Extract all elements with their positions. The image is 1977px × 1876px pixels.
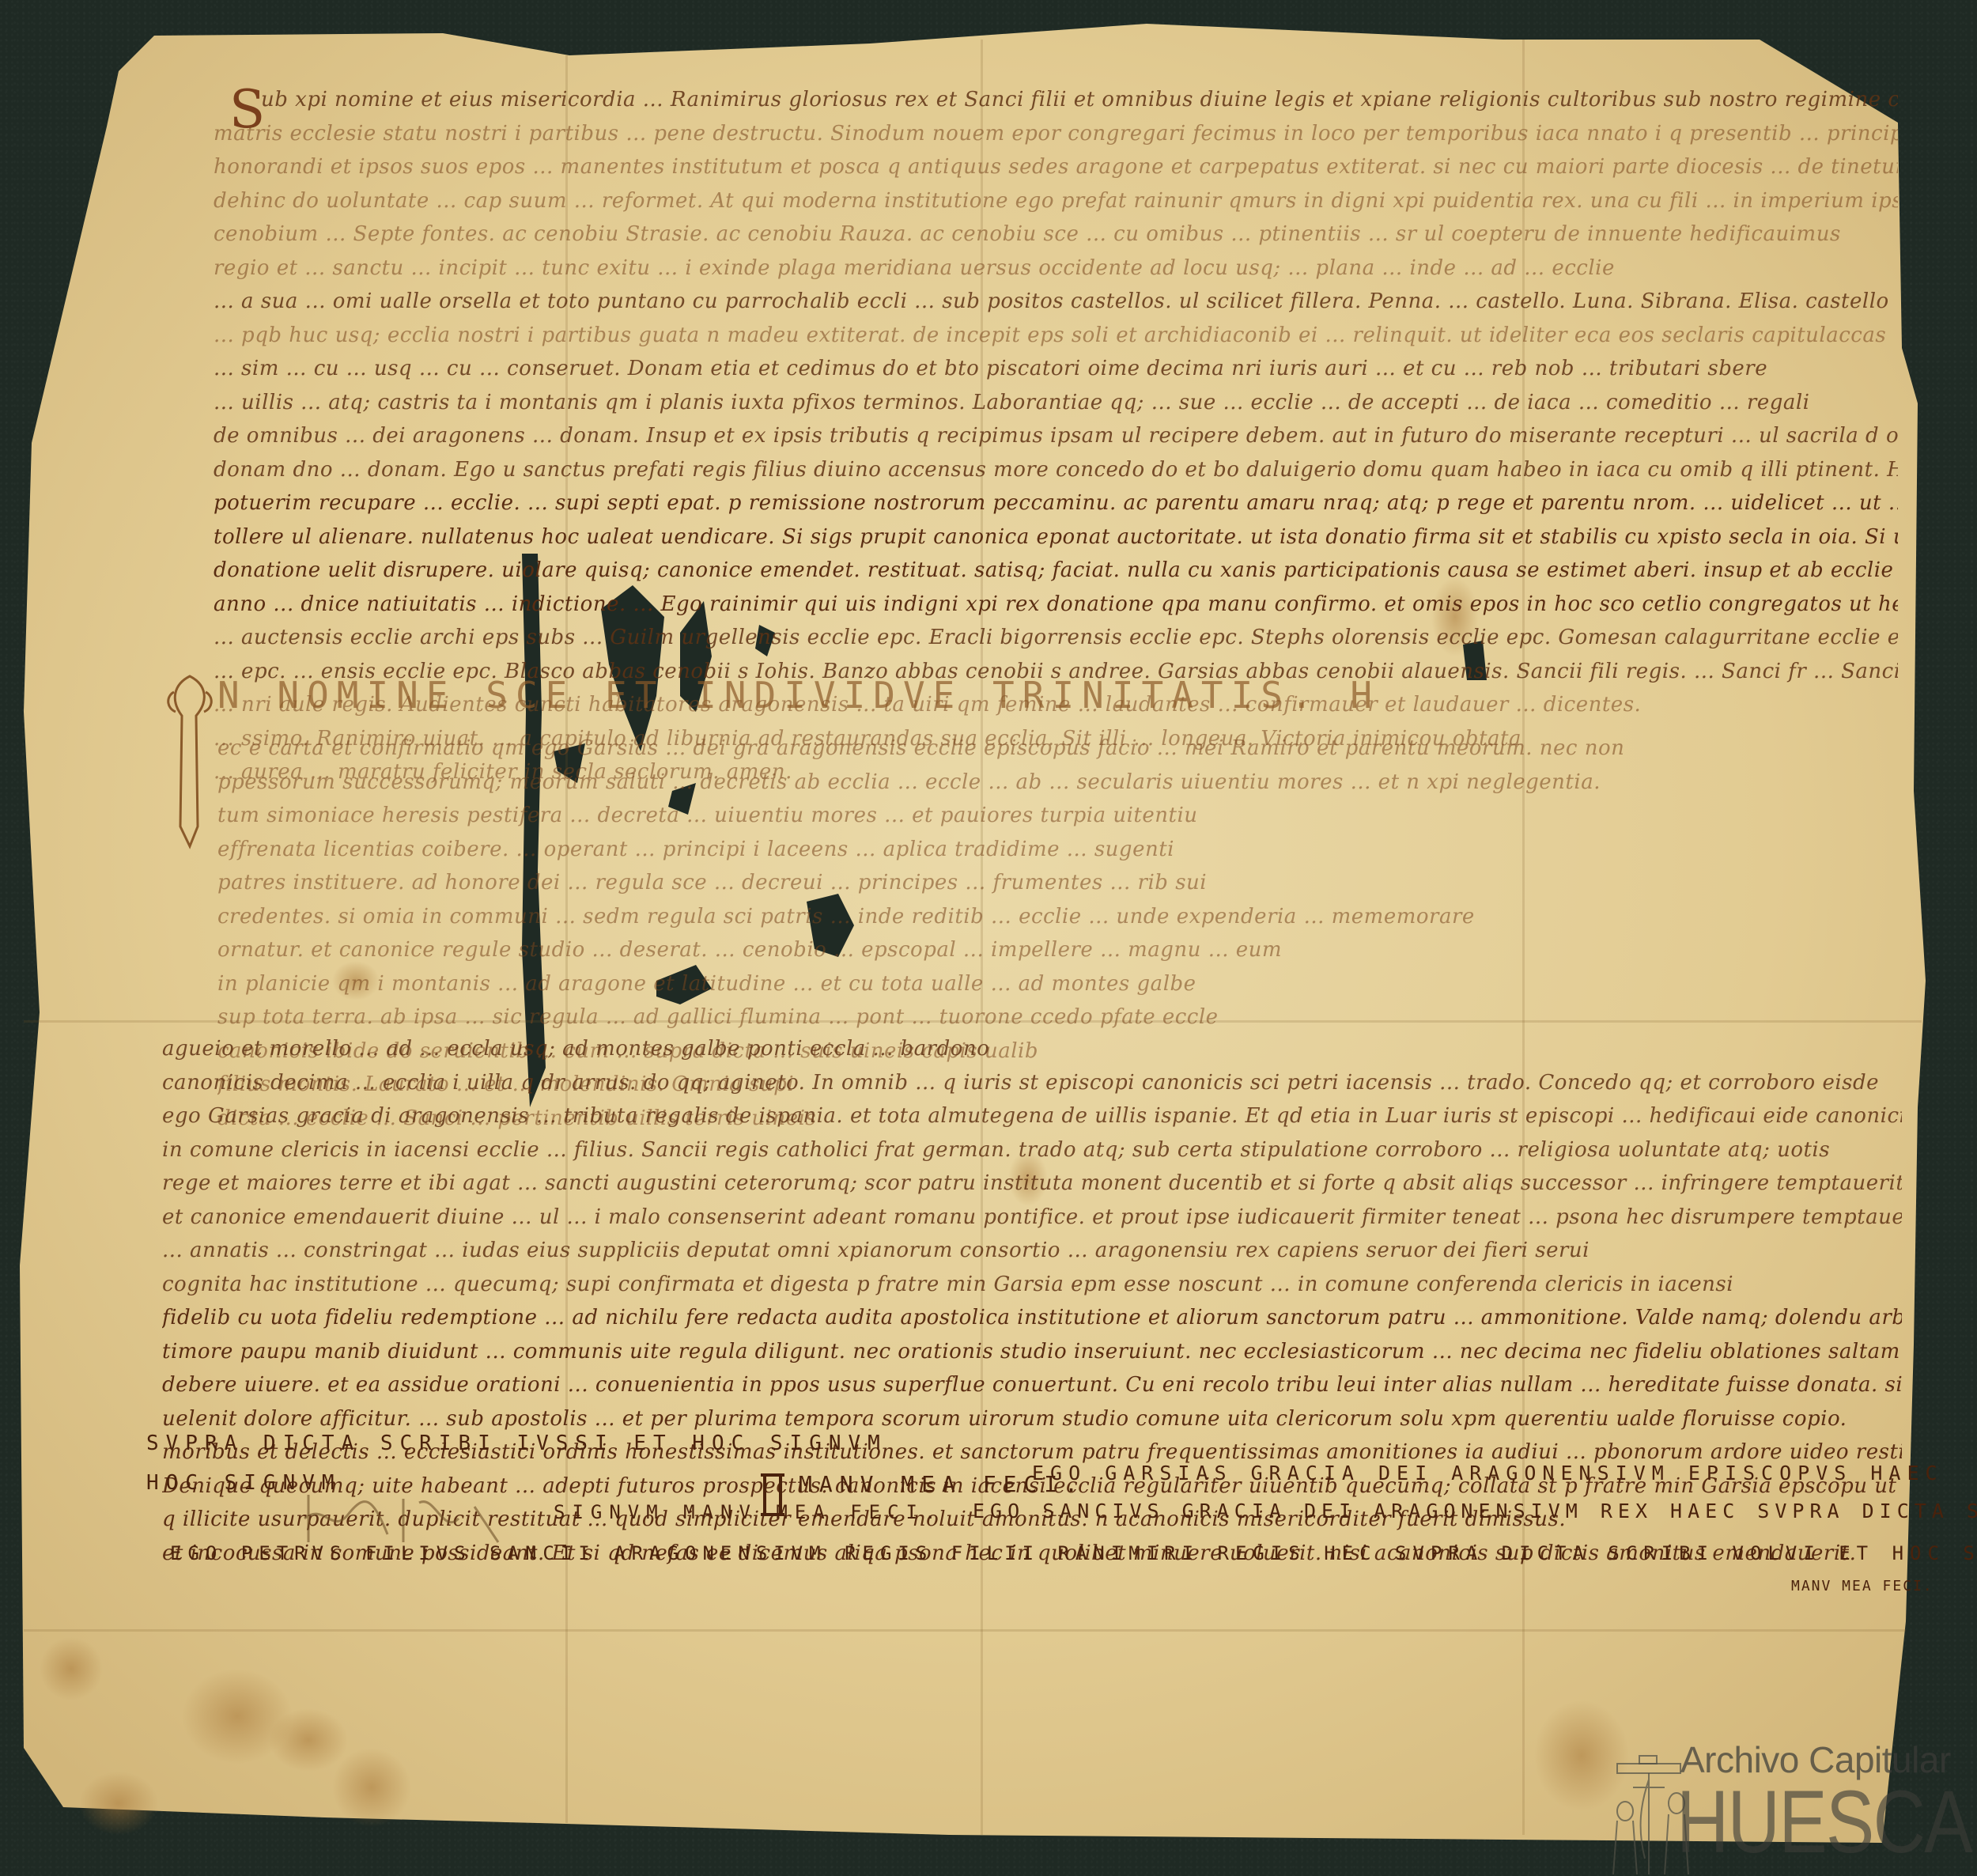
royal-signature-scrawl-icon xyxy=(301,1487,538,1550)
text-line: anno ... dnice natiuitatis ... indiction… xyxy=(214,588,1898,622)
text-line: potuerim recupare ... ecclie. ... supi s… xyxy=(214,486,1898,520)
text-line: cenobium ... Septe fontes. ac cenobiu St… xyxy=(214,217,1898,252)
text-line: matris ecclesie statu nostri i partibus … xyxy=(214,117,1898,151)
text-line: sup tota terra. ab ipsa ... sic regula .… xyxy=(217,1000,1902,1034)
text-line: ... auctensis ecclie archi eps subs ... … xyxy=(214,621,1898,655)
signature-monogram-text: SIGNVM MANV MEA FECI. xyxy=(554,1501,943,1523)
text-line: patres instituere. ad honore dei ... reg… xyxy=(217,866,1902,900)
text-line: effrenata licentias coibere. ... operant… xyxy=(217,833,1902,867)
text-line: rege et maiores terre et ibi agat ... sa… xyxy=(162,1167,1902,1201)
text-line: donatione uelit disrupere. uiolare quisq… xyxy=(214,554,1898,588)
text-line: credentes. si omia in communi ... sedm r… xyxy=(217,900,1902,934)
text-line: debere uiuere. et ea assidue orationi ..… xyxy=(162,1368,1902,1402)
text-line: canonicis decima ... ecclia i uilla q dr… xyxy=(162,1066,1902,1100)
text-line: ego Garsias gracia di aragonensis ... tr… xyxy=(162,1099,1902,1133)
invocation-heading: N NOMINE SCE ET INDIVIDVE TRINITATIS. H xyxy=(217,674,1380,717)
sign-monogram-icon xyxy=(753,1471,792,1519)
signature-petrus: EGO PETRVS FILIVS SANCII ARAGONENSIVM RE… xyxy=(170,1542,1977,1564)
text-line: et canonice emendauerit diuine ... ul ..… xyxy=(162,1201,1902,1235)
text-line: ec e carta et confirmatio qm ego Garsias… xyxy=(217,732,1902,766)
text-line: tum simoniace heresis pestifera ... decr… xyxy=(217,799,1902,833)
text-line: ... sim ... cu ... usq ... cu ... conser… xyxy=(214,352,1898,386)
text-line: ppessorum successorumq; meorum saluti ..… xyxy=(217,766,1902,800)
text-line: tollere ul alienare. nullatenus hoc uale… xyxy=(214,520,1898,554)
signature-king-sancius: EGO SANCIVS GRACIA DEI ARAGONENSIVM REX … xyxy=(973,1500,1977,1522)
text-line: ... pqb huc usq; ecclia nostri i partibu… xyxy=(214,319,1898,353)
text-line: ... annatis ... constringat ... iudas ei… xyxy=(162,1234,1902,1268)
text-line: in comune clericis in iacensi ecclie ...… xyxy=(162,1133,1902,1167)
text-line: ub xpi nomine et eius misericordia ... R… xyxy=(214,83,1898,117)
decorated-initial-i-icon xyxy=(166,668,214,850)
text-line: fidelib cu uota fideliu redemptione ... … xyxy=(162,1301,1902,1335)
text-line: agueio et morello ... ad ... eccla usq; … xyxy=(162,1032,1902,1066)
text-line: honorandi et ipsos suos epos ... manente… xyxy=(214,150,1898,184)
signature-petrus-end: MANV MEA FECI. xyxy=(1791,1578,1934,1594)
signature-line-scribe: SVPRA DICTA SCRIBI IVSSI ET HOC SIGNVM xyxy=(146,1432,887,1455)
text-line: in planicie qm i montanis ... ad aragone… xyxy=(217,967,1902,1001)
text-line: uelenit dolore afficitur. ... sub aposto… xyxy=(162,1402,1902,1436)
text-line: ... uillis ... atq; castris ta i montani… xyxy=(214,386,1898,420)
text-line: ... a sua ... omi ualle orsella et toto … xyxy=(214,285,1898,319)
signature-bishop-garsias: EGO GARSIAS GRACIA DEI ARAGONENSIVM EPIS… xyxy=(1032,1462,1944,1485)
text-line: de omnibus ... dei aragonens ... donam. … xyxy=(214,419,1898,453)
archive-watermark-city: HUESCA xyxy=(1676,1778,1971,1867)
text-line: dehinc do uoluntate ... cap suum ... ref… xyxy=(214,184,1898,218)
text-line: regio et ... sanctu ... incipit ... tunc… xyxy=(214,252,1898,286)
text-line: timore paupu manib diuidunt ... communis… xyxy=(162,1335,1902,1369)
text-line: ornatur. et canonice regule studio ... d… xyxy=(217,933,1902,967)
fold-line xyxy=(24,1629,1906,1632)
text-line: donam dno ... donam. Ego u sanctus prefa… xyxy=(214,453,1898,487)
text-line: cognita hac institutione ... quecumq; su… xyxy=(162,1268,1902,1302)
